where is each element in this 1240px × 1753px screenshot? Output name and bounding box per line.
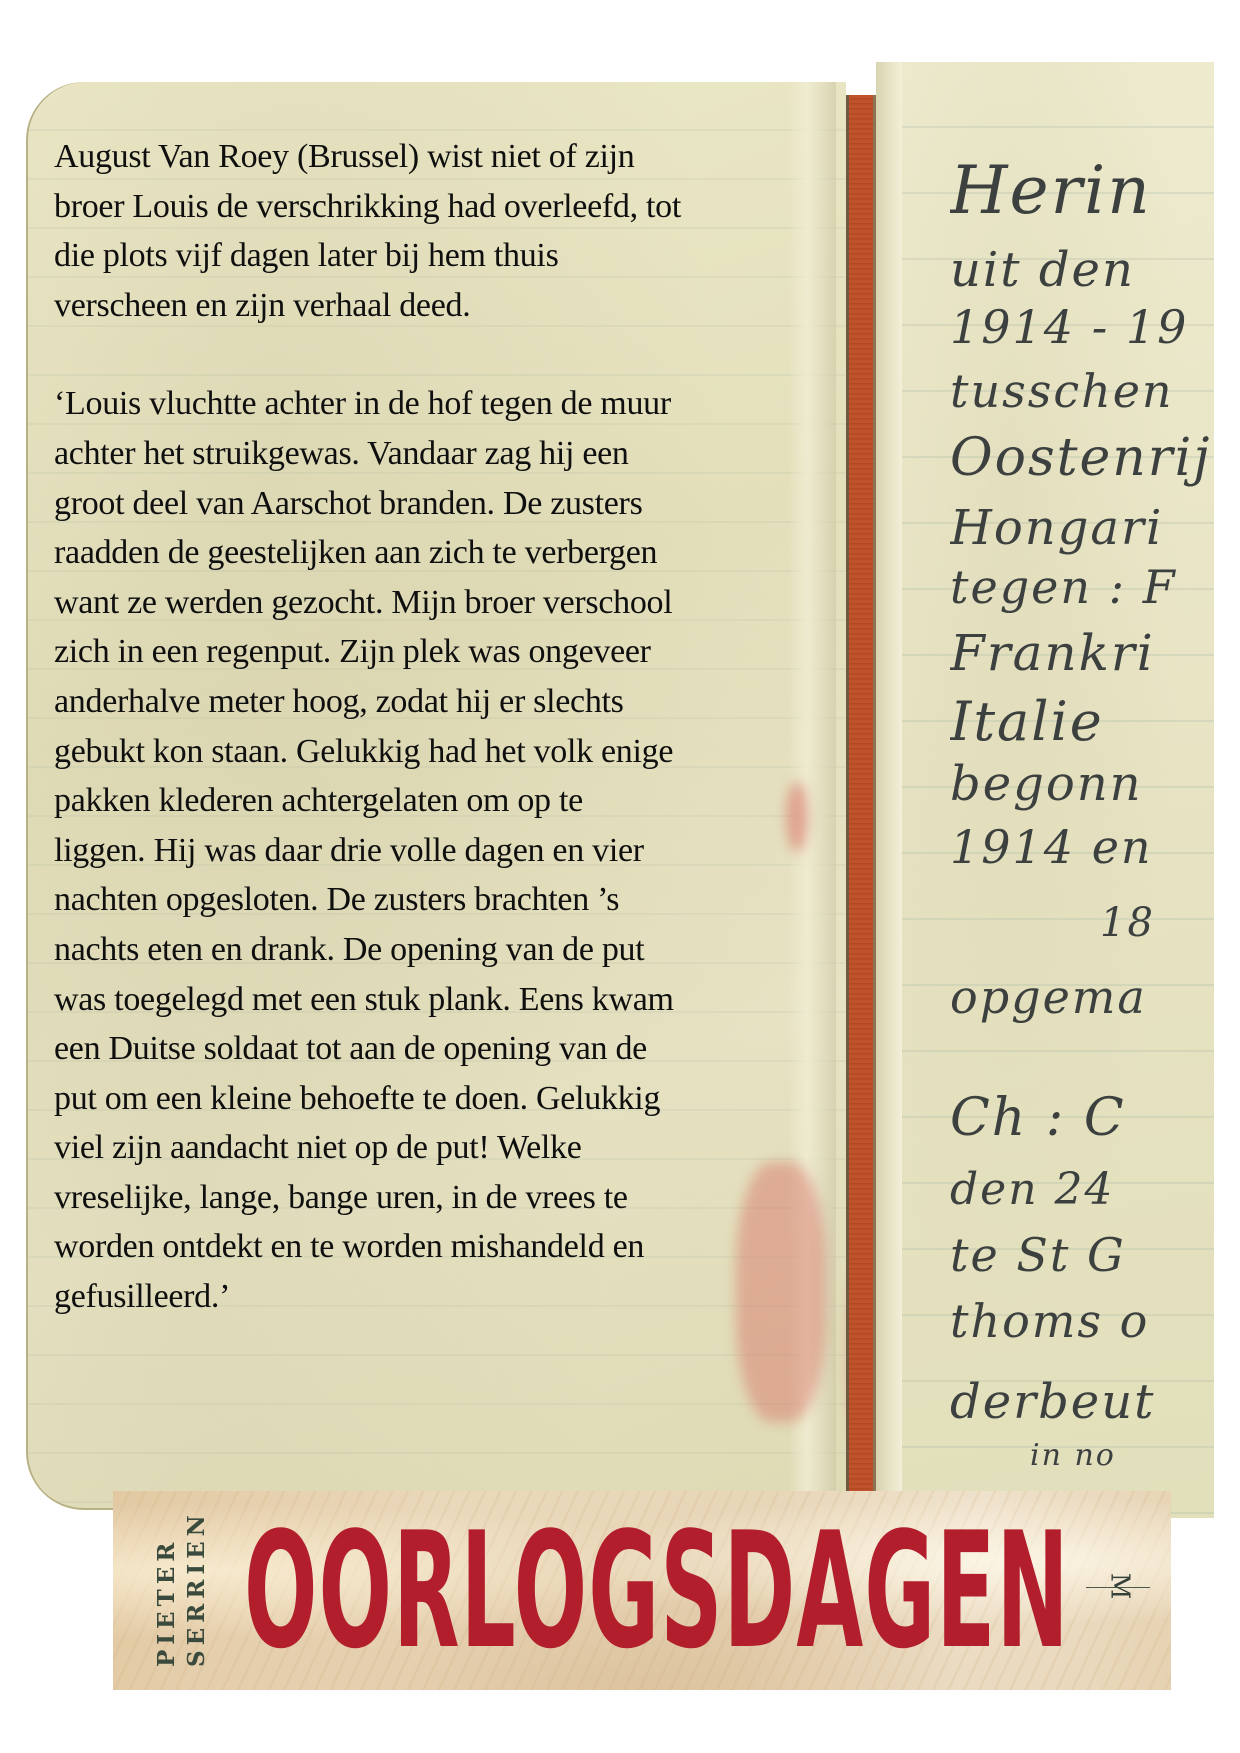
text-line: broer Louis de verschrikking had overlee… [54, 182, 854, 232]
text-line: gebukt kon staan. Gelukkig had het volk … [54, 727, 854, 777]
text-line: viel zijn aandacht niet op de put! Welke [54, 1123, 854, 1173]
author-first-name: PIETER [153, 1538, 180, 1667]
text-line: verscheen en zijn verhaal deed. [54, 281, 854, 331]
text-line: groot deel van Aarschot branden. De zust… [54, 479, 854, 529]
text-line: anderhalve meter hoog, zodat hij er slec… [54, 677, 854, 727]
book-title: OORLOGSDAGEN [244, 1522, 676, 1659]
publisher-m-icon: M [1104, 1573, 1134, 1600]
text-line: achter het struikgewas. Vandaar zag hij … [54, 429, 854, 479]
text-line: die plots vijf dagen later bij hem thuis [54, 231, 854, 281]
text-line: gefusilleerd.’ [54, 1272, 854, 1322]
text-line: worden ontdekt en te worden mishandeld e… [54, 1222, 854, 1272]
text-line: vreselijke, lange, bange uren, in de vre… [54, 1173, 854, 1223]
text-line: nachten opgesloten. De zusters brachten … [54, 875, 854, 925]
text-line: was toegelegd met een stuk plank. Eens k… [54, 975, 854, 1025]
publisher-logo: M [1086, 1573, 1152, 1603]
text-line: een Duitse soldaat tot aan de opening va… [54, 1024, 854, 1074]
excerpt-text: August Van Roey (Brussel) wist niet of z… [54, 132, 854, 1322]
text-line: liggen. Hij was daar drie volle dagen en… [54, 826, 854, 876]
text-line: pakken klederen achtergelaten om op te [54, 776, 854, 826]
text-line: August Van Roey (Brussel) wist niet of z… [54, 132, 854, 182]
intro-paragraph: August Van Roey (Brussel) wist niet of z… [54, 132, 854, 330]
quote-paragraph: ‘Louis vluchtte achter in de hof tegen d… [54, 379, 854, 1321]
author-last-name: SERRIEN [183, 1510, 210, 1667]
text-line: raadden de geestelijken aan zich te verb… [54, 528, 854, 578]
right-notebook-page [876, 62, 1214, 1518]
author-name: PIETER SERRIEN [152, 1527, 222, 1667]
text-line: put om een kleine behoefte te doen. Gelu… [54, 1074, 854, 1124]
text-line: want ze werden gezocht. Mijn broer versc… [54, 578, 854, 628]
text-line: ‘Louis vluchtte achter in de hof tegen d… [54, 379, 854, 429]
text-line: nachts eten en drank. De opening van de … [54, 925, 854, 975]
text-line: zich in een regenput. Zijn plek was onge… [54, 627, 854, 677]
